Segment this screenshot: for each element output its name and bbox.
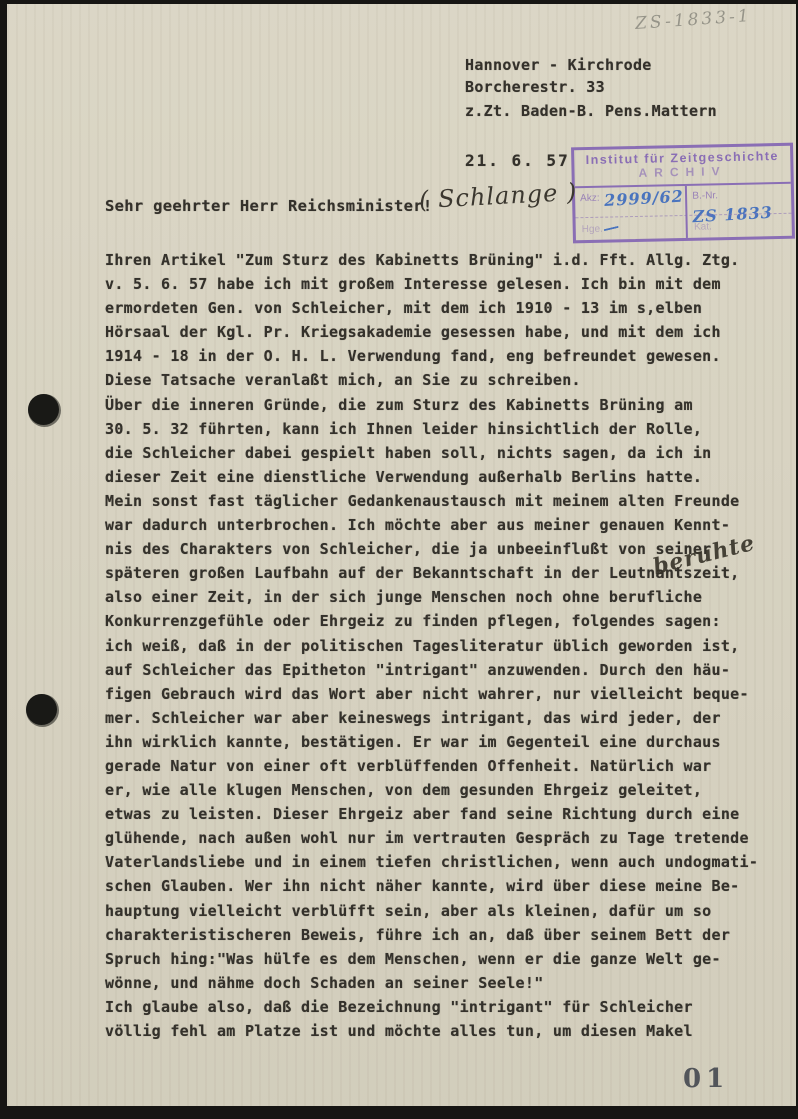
- hole-punch-bottom: [26, 694, 57, 725]
- stamp-row2-left-label: Hge.: [582, 221, 603, 235]
- body-line: er, wie alle klugen Menschen, von dem ge…: [105, 778, 797, 802]
- body-line: war dadurch unterbrochen. Ich möchte abe…: [105, 513, 797, 537]
- body-line: Mein sonst fast täglicher Gedankenaustau…: [105, 489, 797, 513]
- body-line: auf Schleicher das Epitheton "intrigant"…: [105, 658, 797, 682]
- sender-line-2: Borcherestr. 33: [465, 76, 717, 98]
- body-line: glühende, nach außen wohl nur im vertrau…: [105, 826, 797, 850]
- body-line: Ihren Artikel "Zum Sturz des Kabinetts B…: [105, 248, 797, 272]
- body-line: die Schleicher dabei gespielt haben soll…: [105, 441, 797, 465]
- body-line: 1914 - 18 in der O. H. L. Verwendung fan…: [105, 344, 797, 368]
- body-line: dieser Zeit eine dienstliche Verwendung …: [105, 465, 797, 489]
- stamp-cell-bnr: B.-Nr. ZS 1833 Kat.: [687, 184, 792, 238]
- sender-line-3: z.Zt. Baden-B. Pens.Mattern: [465, 100, 717, 122]
- body-line: etwas zu leisten. Dieser Ehrgeiz aber fa…: [105, 802, 797, 826]
- body-line: Spruch hing:"Was hülfe es dem Menschen, …: [105, 947, 797, 971]
- body-line: v. 5. 6. 57 habe ich mit großem Interess…: [105, 272, 797, 296]
- body-line: charakteristischeren Beweis, führe ich a…: [105, 923, 797, 947]
- stamp-row2-right-label: Kat.: [694, 218, 712, 232]
- sender-address-block: Hannover - Kirchrode Borcherestr. 33 z.Z…: [465, 54, 717, 122]
- body-line: Diese Tatsache veranlaßt mich, an Sie zu…: [105, 368, 797, 392]
- stamp-bnr-label: B.-Nr.: [692, 187, 718, 202]
- body-line: ich weiß, daß in der politischen Tagesli…: [105, 634, 797, 658]
- body-line: völlig fehl am Platze ist und möchte all…: [105, 1019, 797, 1043]
- page-number-stamp: 01: [683, 1064, 729, 1094]
- paper-sheet: ZS-1833-1 Hannover - Kirchrode Borcheres…: [7, 4, 796, 1106]
- body-line: figen Gebrauch wird das Wort aber nicht …: [105, 682, 797, 706]
- archive-stamp: Institut für Zeitgeschichte ARCHIV Akz: …: [571, 143, 795, 244]
- body-line: hauptung vielleicht verblüfft sein, aber…: [105, 899, 797, 923]
- hole-punch-top: [28, 394, 59, 425]
- body-line: 30. 5. 32 führten, kann ich Ihnen leider…: [105, 417, 797, 441]
- body-line: mer. Schleicher war aber keineswegs intr…: [105, 706, 797, 730]
- body-line: ihn wirklich kannte, bestätigen. Er war …: [105, 730, 797, 754]
- salutation-line: Sehr geehrter Herr Reichsminister!: [105, 197, 432, 215]
- body-line: Ich glaube also, daß die Bezeichnung "in…: [105, 995, 797, 1019]
- body-line: Hörsaal der Kgl. Pr. Kriegsakademie gese…: [105, 320, 797, 344]
- letter-date: 21. 6. 57: [465, 151, 570, 170]
- salutation-handwritten-annotation: ( Schlange ): [418, 178, 578, 214]
- body-line: also einer Zeit, in der sich junge Mensc…: [105, 585, 797, 609]
- stamp-cell-akz: Akz: 2999/62 Hge.: [575, 186, 688, 240]
- stamp-table: Akz: 2999/62 Hge. B.-Nr. ZS 1833 Kat.: [575, 182, 792, 241]
- pen-tick-mark: [604, 226, 619, 231]
- body-line: ermordeten Gen. von Schleicher, mit dem …: [105, 296, 797, 320]
- body-line: gerade Natur von einer oft verblüffenden…: [105, 754, 797, 778]
- sender-line-1: Hannover - Kirchrode: [465, 54, 717, 76]
- body-line: wönne, und nähme doch Schaden an seiner …: [105, 971, 797, 995]
- body-text: Ihren Artikel "Zum Sturz des Kabinetts B…: [105, 248, 797, 1043]
- stamp-akz-label: Akz:: [580, 190, 600, 204]
- body-line: Über die inneren Gründe, die zum Sturz d…: [105, 393, 797, 417]
- scanned-letter-page: ZS-1833-1 Hannover - Kirchrode Borcheres…: [0, 0, 798, 1119]
- body-line: Vaterlandsliebe und in einem tiefen chri…: [105, 850, 797, 874]
- body-line: schen Glauben. Wer ihn nicht näher kannt…: [105, 874, 797, 898]
- archive-ref-pencil-annotation: ZS-1833-1: [634, 6, 752, 34]
- stamp-akz-value-handwritten: 2999/62: [604, 187, 685, 210]
- body-line: Konkurrenzgefühle oder Ehrgeiz zu finden…: [105, 609, 797, 633]
